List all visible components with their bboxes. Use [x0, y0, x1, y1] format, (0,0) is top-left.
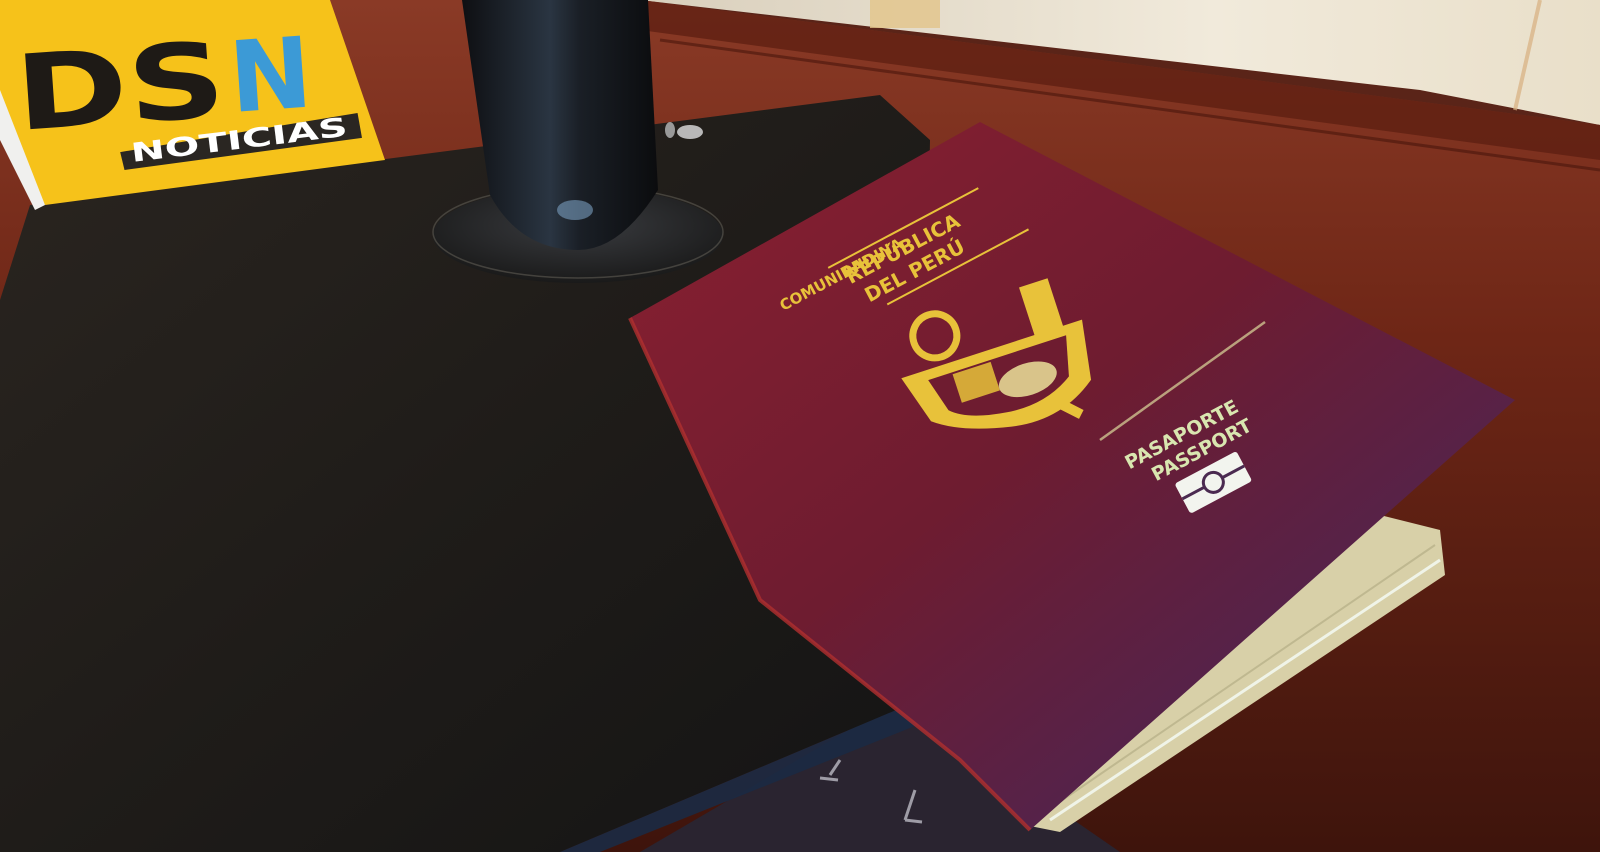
photo-scene: DS N NOTICIAS COMUNIDAD ANDINA REPÚBLICA…	[0, 0, 1600, 852]
